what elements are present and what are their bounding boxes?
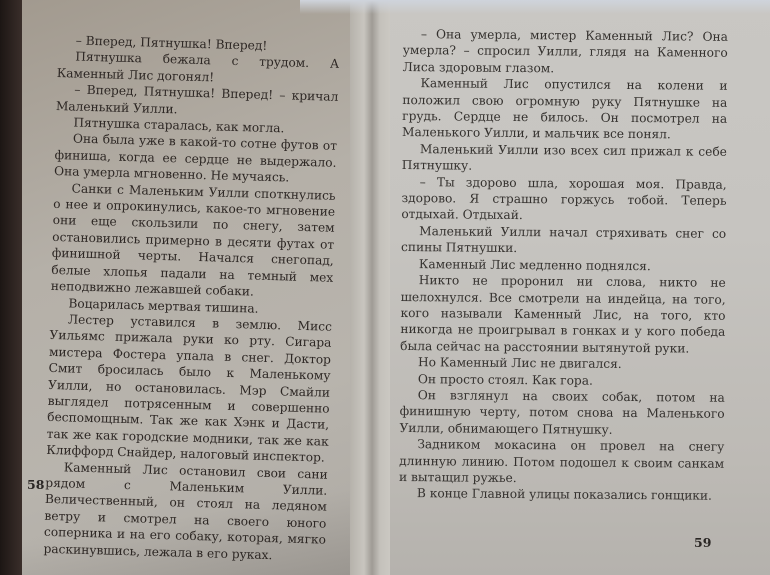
page-number-right: 59 [694,535,711,550]
paragraph: В конце Главной улицы показались гонщики… [399,485,724,504]
left-page-text: – Вперед, Пятнушка! Вперед! Пятнушка беж… [43,32,340,565]
paragraph: Маленький Уилли начал стряхивать снег со… [401,223,726,259]
paragraph: Санки с Маленьким Уилли споткнулись о не… [51,180,336,303]
paragraph: Он взглянул на своих собак, потом на фин… [399,387,724,439]
paragraph: Лестер уставился в землю. Мисс Уильямс п… [46,311,332,466]
open-book: – Вперед, Пятнушка! Вперед! Пятнушка беж… [0,0,770,575]
page-number-left: 58 [27,477,44,492]
book-gutter [350,0,390,575]
paragraph: Маленький Уилли изо всех сил прижал к се… [402,141,727,177]
paragraph: – Ты здорово шла, хорошая моя. Правда, з… [401,174,726,226]
paragraph: Каменный Лис остановил свои сани рядом с… [43,458,328,564]
page-top-edge [300,0,770,14]
paragraph: Каменный Лис опустился на колени и полож… [402,75,728,143]
right-page-text: – Она умерла, мистер Каменный Лис? Она у… [399,26,728,505]
paragraph: – Она умерла, мистер Каменный Лис? Она у… [403,26,728,78]
paragraph: Она была уже в какой-то сотне футов от ф… [54,130,337,187]
paragraph: Никто не проронил ни слова, никто не шел… [400,272,726,357]
paragraph: Задником мокасина он провел на снегу дли… [399,436,724,488]
